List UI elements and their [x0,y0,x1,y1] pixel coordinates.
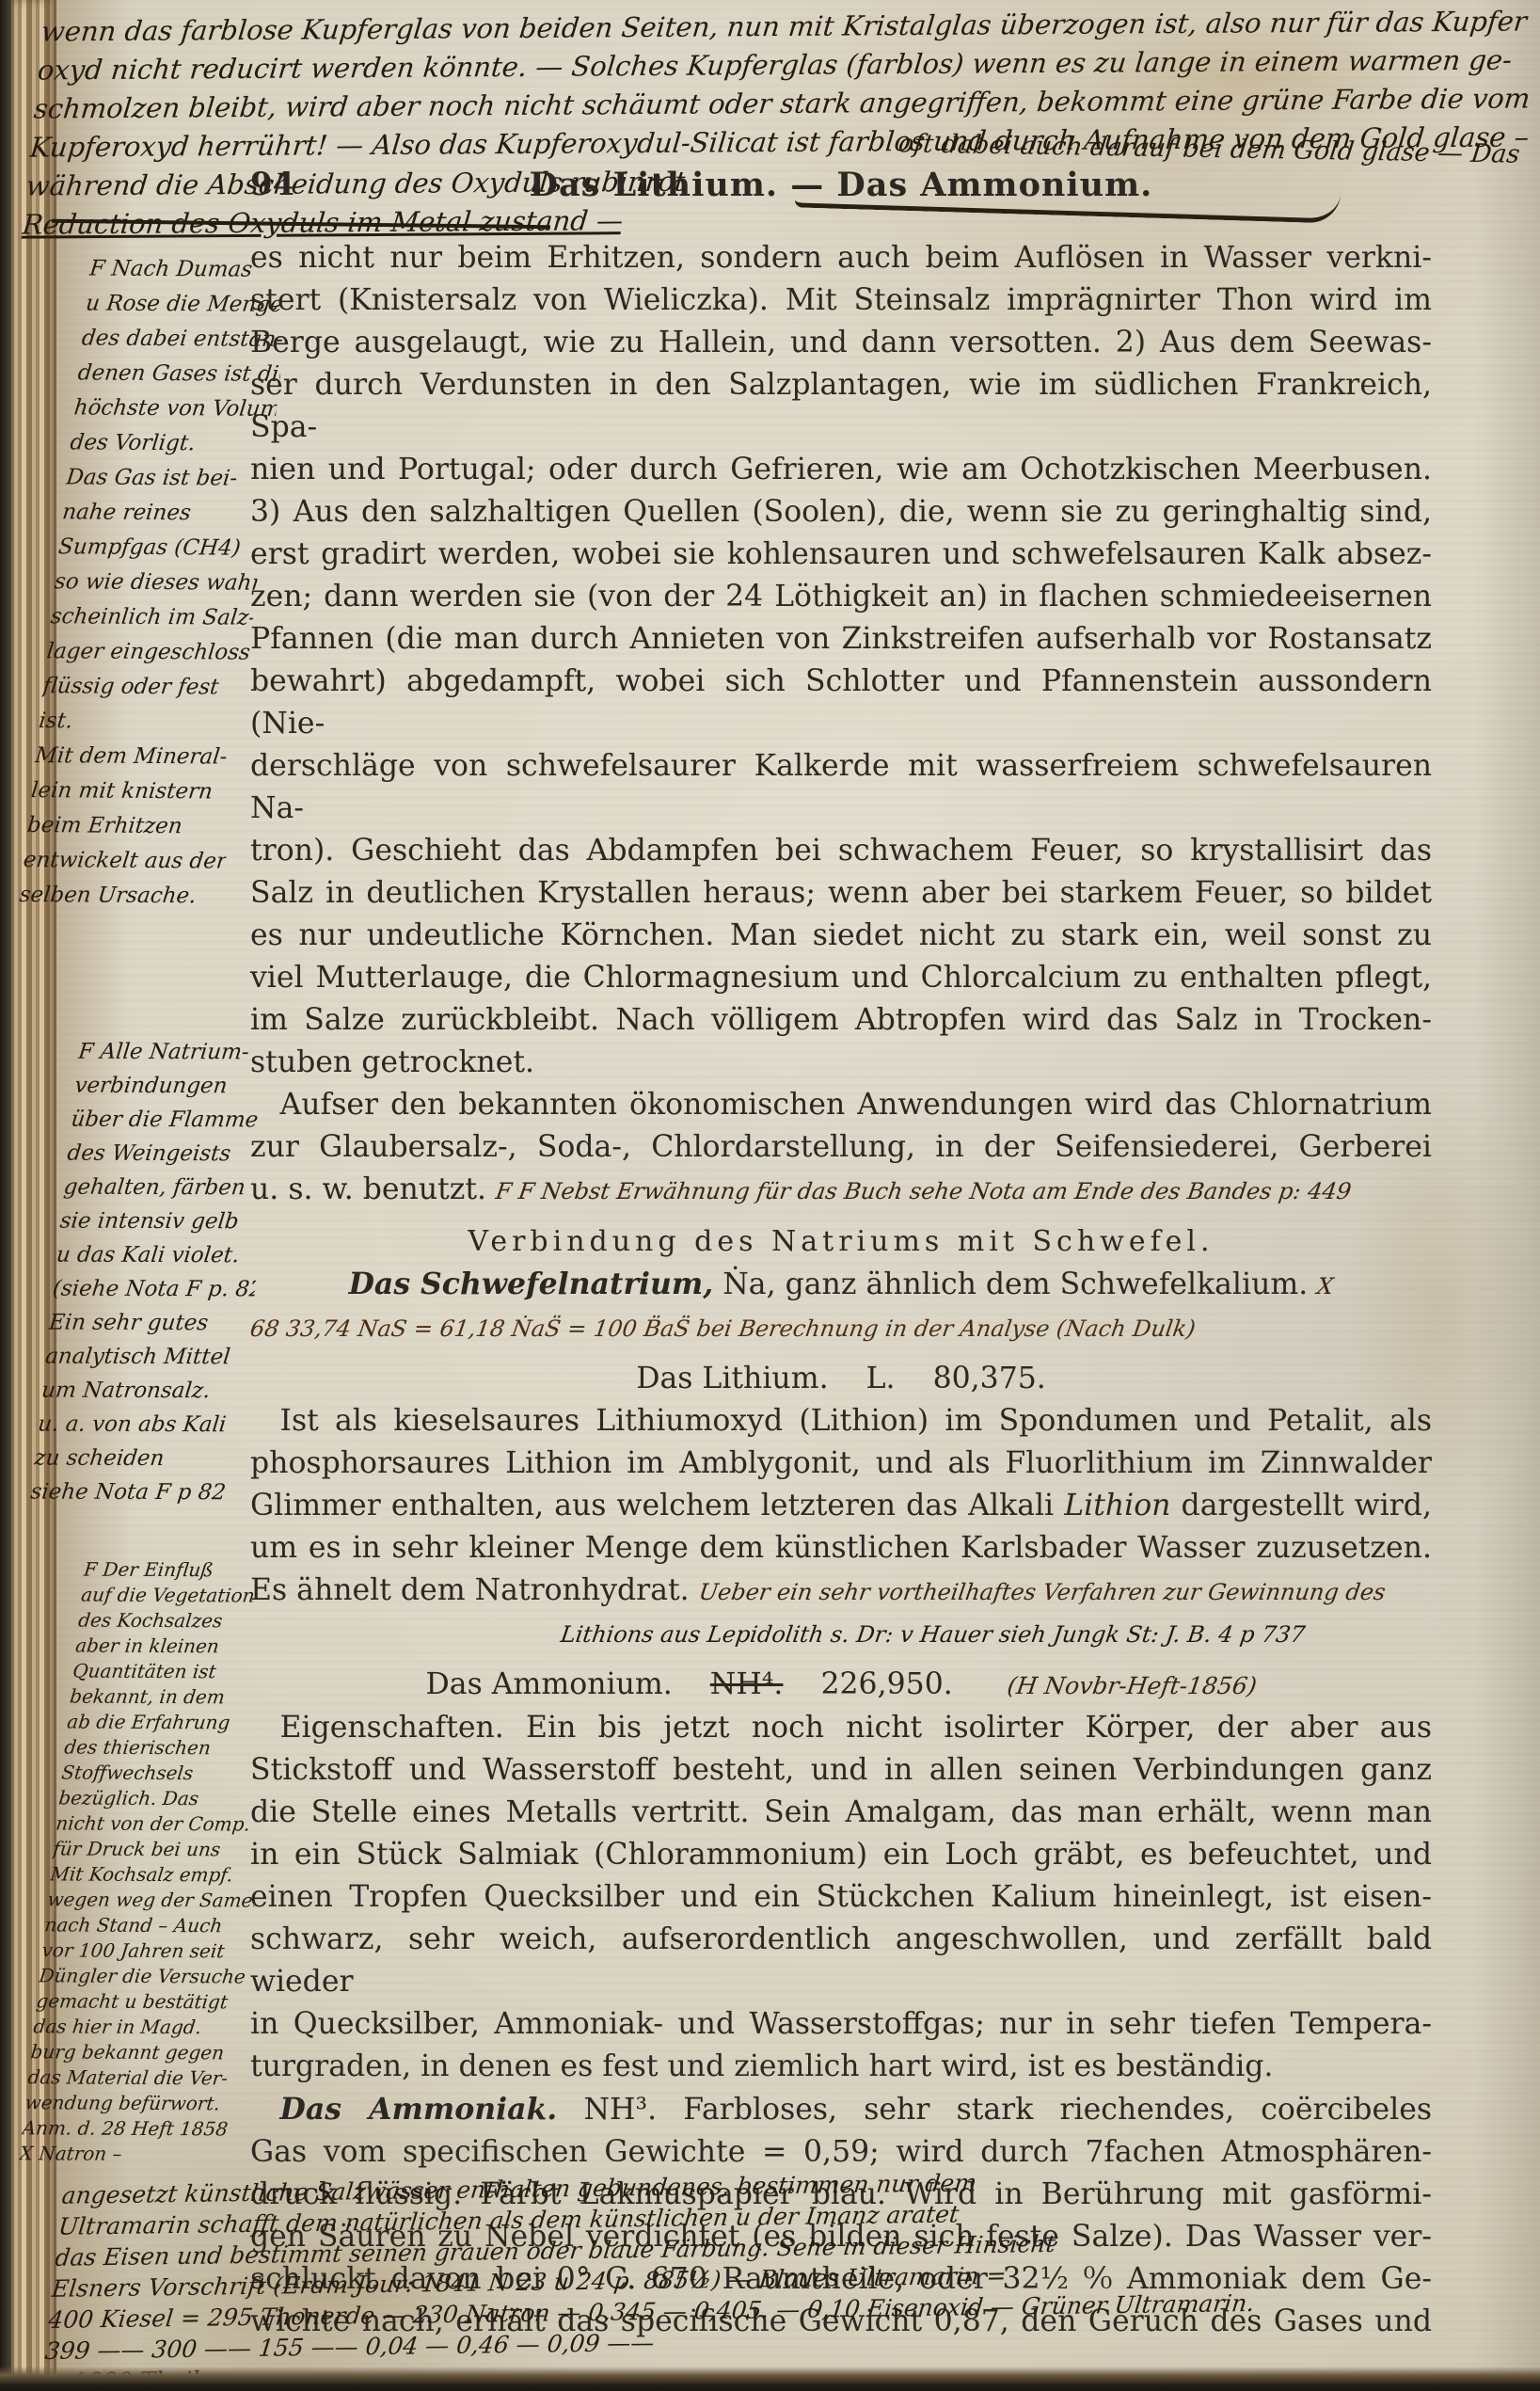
text-fragment: Ṅa, ganz ähnlich dem Schwefelkalium. [722,1267,1308,1301]
margin-note-line: lein mit knistern [29,773,235,809]
heading-ammonium-formula: NH⁴. [710,1667,784,1701]
text-line: zen; dann werden sie (von der 24 Löthigk… [250,576,1432,618]
margin-note-line: bezüglich. Das [57,1785,267,1811]
section-heading-natrium-schwefel: Verbindung des Natriums mit Schwefel. [250,1220,1432,1263]
paragraph-ammonium-eigenschaften: Eigenschaften. Ein bis jetzt noch nicht … [250,1707,1432,2088]
paragraph-kochsalz: es nicht nur beim Erhitzen, sondern auch… [250,237,1432,1084]
text-line: es nicht nur beim Erhitzen, sondern auch… [250,237,1432,279]
margin-note-line: des Vorligt. [69,425,275,461]
handwritten-x-mark: X [1314,1266,1336,1308]
text-line: schwarz, sehr weich, aufserordentlich an… [250,1919,1432,2003]
handwritten-formula-line: 68 33,74 NaS = 61,18 ṄaS̈ = 100 B̈aS̈ be… [247,1308,1435,1350]
margin-note-line: das hier in Magd. [32,2014,242,2040]
text-line: die Stelle eines Metalls vertritt. Sein … [250,1792,1432,1834]
margin-note-line: vor 100 Jahren seit [40,1937,250,1964]
text-line: Eigenschaften. Ein bis jetzt noch nicht … [250,1707,1432,1749]
handwritten-inline-note: Ueber ein sehr vortheilhaftes Verfahren … [696,1571,1389,1614]
margin-note-line: gemacht u bestätigt [35,1988,245,2015]
heading-ammonium-weight: 226,950. [820,1667,952,1701]
margin-note-line: Anm. d. 28 Heft 1858 [21,2115,230,2142]
margin-note-line: für Druck bei uns [52,1836,262,1862]
text-line: einen Tropfen Quecksilber und ein Stückc… [250,1876,1432,1919]
margin-note-line: verbindungen [73,1069,279,1104]
margin-note-line: Das Gas ist bei- [64,460,270,496]
text-fragment: Es ähnelt dem Natronhydrat. [250,1573,690,1607]
heading-lithium-name: Das Lithium. [636,1362,828,1395]
text-line: nien und Portugal; oder durch Gefrieren,… [250,449,1432,491]
margin-note-line: nicht von der Comp. [55,1810,264,1837]
text-line: Glimmer enthalten, aus welchem letzteren… [250,1485,1432,1527]
heading-ammonium-name: Das Ammonium. [426,1667,673,1701]
text-line: bewahrt) abgedampft, wobei sich Schlotte… [250,661,1432,745]
heading-lithium-symbol: L. [866,1362,896,1395]
text-fragment: dargestellt wird, [1170,1489,1432,1522]
main-text-column: es nicht nur beim Erhitzen, sondern auch… [250,237,1432,2343]
text-line: Es ähnelt dem Natronhydrat. Ueber ein se… [250,1570,1432,1614]
text-line: erst gradirt werden, wobei sie kohlensau… [250,534,1432,576]
text-line: im Salze zurückbleibt. Nach völligem Abt… [250,999,1432,1042]
text-line: u. s. w. benutzt. F F Nebst Erwähnung fü… [250,1169,1432,1213]
term-schwefelnatrium: Das Schwefelnatrium, [349,1267,714,1301]
handwritten-inline-note: F F Nebst Erwähnung für das Buch sehe No… [493,1171,1354,1213]
section-heading-lithium: Das Lithium. L. 80,375. [250,1358,1432,1400]
margin-note-line: u. a. von abs Kali [36,1408,242,1443]
margin-note-line: ist. [37,704,243,740]
handwritten-inline-note: Lithions aus Lepidolith s. Dr: v Hauer s… [247,1614,1435,1656]
margin-note-line: so wie dieses wahr- [53,565,259,600]
margin-note-line: Stoffwechsels [60,1760,270,1786]
margin-note-line: X Natron – [18,2141,228,2167]
margin-note-line: Ein sehr gutes [47,1306,253,1341]
margin-note-line: analytisch Mittel [43,1340,249,1375]
margin-note-line: Mit Kochsalz empf. [49,1861,259,1888]
margin-note-line: flüssig oder fest [40,669,246,705]
heading-lithium-weight: 80,375. [933,1362,1046,1395]
margin-note-line: scheinlich im Salz- [49,599,255,635]
text-fragment: u. s. w. benutzt. [250,1172,486,1206]
margin-note-line: lager eingeschloss. [45,634,251,670]
margin-note-line: zu scheiden [33,1442,239,1476]
text-line: 3) Aus den salzhaltigen Quellen (Soolen)… [250,491,1432,534]
bottom-annotation-block: angesetzt künstliche Salzwässer enthalte… [40,2160,1532,2391]
margin-note-line: burg bekannt gegen [29,2039,239,2065]
margin-note-line: sie intensiv gelb [58,1204,264,1239]
paragraph-lithium: Ist als kieselsaures Lithiumoxyd (Lithio… [250,1400,1432,1656]
margin-note-line: entwickelt aus der- [22,843,228,879]
right-page-shade [1474,0,1540,2391]
margin-note-line: gehalten, färben [62,1171,268,1205]
margin-note-line: selben Ursache. [18,878,224,914]
handwritten-date-note: (H Novbr-Heft-1856) [1005,1665,1260,1707]
margin-note-line: Mit dem Mineral- [33,739,239,774]
margin-note-line: wendung befürwort. [24,2090,233,2116]
margin-note-line: nach Stand – Auch [43,1912,253,1938]
text-line: in Quecksilber, Ammoniak- und Wasserstof… [250,2003,1432,2046]
margin-note-line: nahe reines [60,495,266,531]
paragraph-anwendungen: Aufser den bekannten ökonomischen Anwend… [250,1084,1432,1213]
book-page: wenn das farblose Kupferglas von beiden … [0,0,1540,2391]
text-line: viel Mutterlauge, die Chlormagnesium und… [250,957,1432,999]
text-line: um es in sehr kleiner Menge dem künstlic… [250,1527,1432,1570]
text-fragment: NH³. Farbloses, sehr stark riechendes, c… [557,2093,1432,2127]
section-heading-ammonium: Das Ammonium. NH⁴. 226,950. (H Novbr-Hef… [250,1664,1432,1707]
margin-note-line: Sumpfgas (CH4) [56,530,262,566]
term-ammoniak: Das Ammoniak. [250,2092,557,2127]
text-line: derschläge von schwefelsaurer Kalkerde m… [250,745,1432,830]
margin-note-line: bekannt, in dem [69,1684,278,1711]
book-spine-edge [0,0,11,2391]
margin-note-line: wegen weg der Samen [46,1887,256,1913]
book-bottom-edge [0,2367,1540,2391]
line-schwefelnatrium: Das Schwefelnatrium, Ṅa, ganz ähnlich de… [250,1263,1432,1308]
term-lithion: Lithion [1064,1489,1170,1522]
margin-note-line: beim Erhitzen [25,808,231,844]
margin-note-line: u das Kali violet. [55,1238,261,1273]
margin-note-line: über die Flamme [70,1103,276,1138]
text-line: Pfannen (die man durch Annieten von Zink… [250,618,1432,661]
text-fragment: Glimmer enthalten, aus welchem letzteren… [250,1489,1064,1522]
text-line: tron). Geschieht das Abdampfen bei schwa… [250,830,1432,872]
text-line: zur Glaubersalz-, Soda-, Chlordarstellun… [250,1126,1432,1169]
margin-note-line: (siehe Nota F p. 82) [51,1272,257,1307]
text-line: phosphorsaures Lithion im Amblygonit, un… [250,1443,1432,1485]
text-line: in ein Stück Salmiak (Chlorammonium) ein… [250,1834,1432,1876]
text-line: es nur undeutliche Körnchen. Man siedet … [250,915,1432,957]
text-line: Ist als kieselsaures Lithiumoxyd (Lithio… [250,1400,1432,1443]
margin-note-line: Düngler die Versuche [38,1963,247,1989]
margin-note-line: des Weingeists [66,1137,272,1172]
text-line: Das Ammoniak. NH³. Farbloses, sehr stark… [250,2088,1432,2131]
margin-note-line: das Material die Ver- [26,2064,236,2091]
margin-note-line: des thierischen [63,1735,273,1761]
text-line: ser durch Verdunsten in den Salzplantage… [250,364,1432,449]
text-line: stert (Knistersalz von Wieliczka). Mit S… [250,279,1432,322]
margin-note-line: ab die Erfahrung [66,1710,276,1736]
text-line: Aufser den bekannten ökonomischen Anwend… [250,1084,1432,1126]
text-line: Berge ausgelaugt, wie zu Hallein, und da… [250,322,1432,364]
text-line: turgraden, in denen es fest und ziemlich… [250,2046,1432,2088]
margin-note-line: um Natronsalz. [40,1374,246,1409]
text-line: Salz in deutlichen Krystallen heraus; we… [250,872,1432,915]
margin-note-line: siehe Nota F p 82 (Antim. Kali) [29,1475,235,1510]
margin-note-line: höchste von Volum. [72,391,278,426]
text-line: Stickstoff und Wasserstoff besteht, und … [250,1749,1432,1792]
text-line: stuben getrocknet. [250,1042,1432,1084]
